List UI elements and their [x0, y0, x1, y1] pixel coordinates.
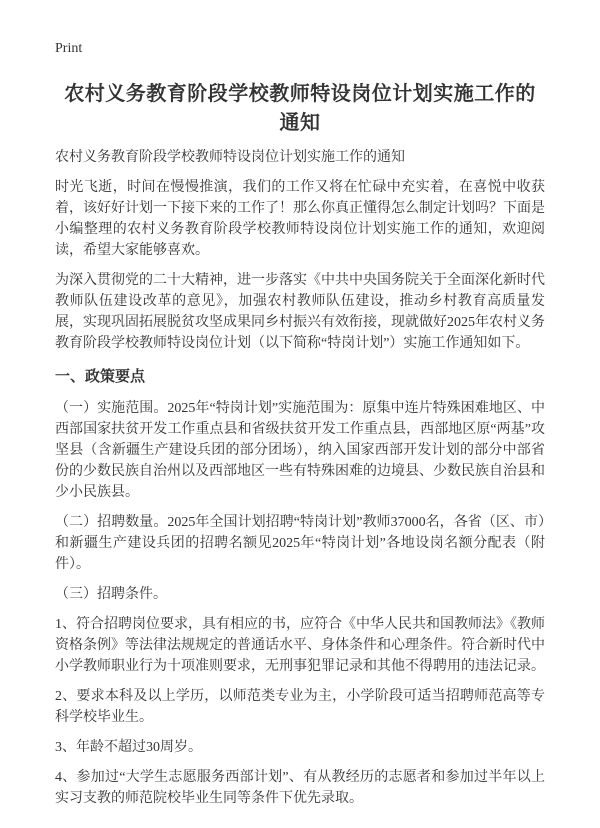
policy-paragraph-recruit-number: （二）招聘数量。2025年全国计划招聘“特岗计划”教师37000名，各省（区、市…: [55, 512, 545, 575]
condition-item-3: 3、年龄不超过30周岁。: [55, 737, 545, 758]
condition-item-1: 1、符合招聘岗位要求，具有相应的书，应符合《中华人民共和国教师法》《教师资格条例…: [55, 614, 545, 677]
document-page: Print 农村义务教育阶段学校教师特设岗位计划实施工作的通知 农村义务教育阶段…: [0, 0, 600, 828]
intro-paragraph-1: 时光飞逝，时间在慢慢推演，我们的工作又将在忙碌中充实着，在喜悦中收获着，该好好计…: [55, 177, 545, 261]
document-subtitle: 农村义务教育阶段学校教师特设岗位计划实施工作的通知: [55, 147, 545, 168]
print-link[interactable]: Print: [55, 40, 545, 58]
policy-paragraph-scope: （一）实施范围。2025年“特岗计划”实施范围为：原集中连片特殊困难地区、中西部…: [55, 398, 545, 503]
section-heading-policy-points: 一、政策要点: [55, 367, 545, 388]
condition-item-4: 4、参加过“大学生志愿服务西部计划”、有从教经历的志愿者和参加过半年以上实习支教…: [55, 767, 545, 809]
policy-paragraph-recruit-conditions: （三）招聘条件。: [55, 584, 545, 605]
condition-item-2: 2、要求本科及以上学历，以师范类专业为主，小学阶段可适当招聘师范高等专科学校毕业…: [55, 686, 545, 728]
intro-paragraph-2: 为深入贯彻党的二十大精神，进一步落实《中共中央国务院关于全面深化新时代教师队伍建…: [55, 270, 545, 354]
page-title: 农村义务教育阶段学校教师特设岗位计划实施工作的通知: [55, 80, 545, 138]
